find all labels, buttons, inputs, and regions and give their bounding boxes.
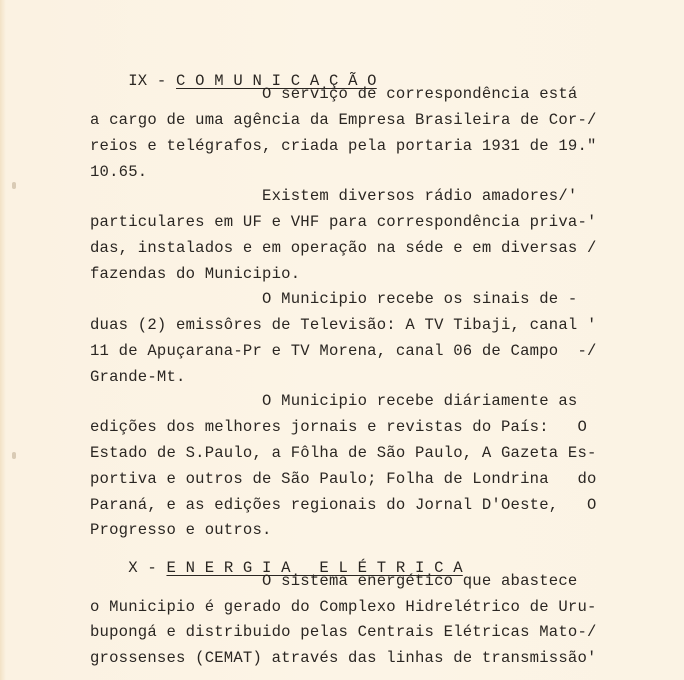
text-line: Progresso e outros. bbox=[90, 520, 272, 540]
text-line: O Municipio recebe os sinais de - bbox=[90, 289, 577, 309]
text-line: reios e telégrafos, criada pela portaria… bbox=[90, 136, 597, 156]
text-line: O Municipio recebe diáriamente as bbox=[90, 391, 577, 411]
text-line: a cargo de uma agência da Empresa Brasil… bbox=[90, 110, 597, 130]
typewritten-page: IX - C O M U N I C A Ç Ã O O serviço de … bbox=[0, 0, 684, 680]
text-line: duas (2) emissôres de Televisão: A TV Ti… bbox=[90, 315, 597, 335]
text-line: bupongá e distribuido pelas Centrais Elé… bbox=[90, 622, 597, 642]
text-line: fazendas do Municipio. bbox=[90, 264, 300, 284]
text-line: Grande-Mt. bbox=[90, 367, 186, 387]
text-line: O sistema energético que abastece bbox=[90, 571, 577, 591]
text-line: Paraná, e as edições regionais do Jornal… bbox=[90, 495, 597, 515]
text-line: 10.65. bbox=[90, 162, 147, 182]
text-line: o Municipio é gerado do Complexo Hidrelé… bbox=[90, 597, 597, 617]
text-line: Estado de S.Paulo, a Fôlha de São Paulo,… bbox=[90, 443, 597, 463]
text-line: particulares em UF e VHF para correspond… bbox=[90, 212, 597, 232]
text-line: portiva e outros de São Paulo; Folha de … bbox=[90, 469, 597, 489]
punch-hole-mark bbox=[12, 452, 16, 459]
text-line: 11 de Apuçarana-Pr e TV Morena, canal 06… bbox=[90, 341, 597, 361]
text-line: edições dos melhores jornais e revistas … bbox=[90, 417, 587, 437]
text-line: grossenses (CEMAT) através das linhas de… bbox=[90, 648, 597, 668]
punch-hole-mark bbox=[12, 182, 16, 189]
text-line: Existem diversos rádio amadores/' bbox=[90, 186, 577, 206]
text-line: O serviço de correspondência está bbox=[90, 84, 577, 104]
text-line: das, instalados e em operação na séde e … bbox=[90, 238, 597, 258]
